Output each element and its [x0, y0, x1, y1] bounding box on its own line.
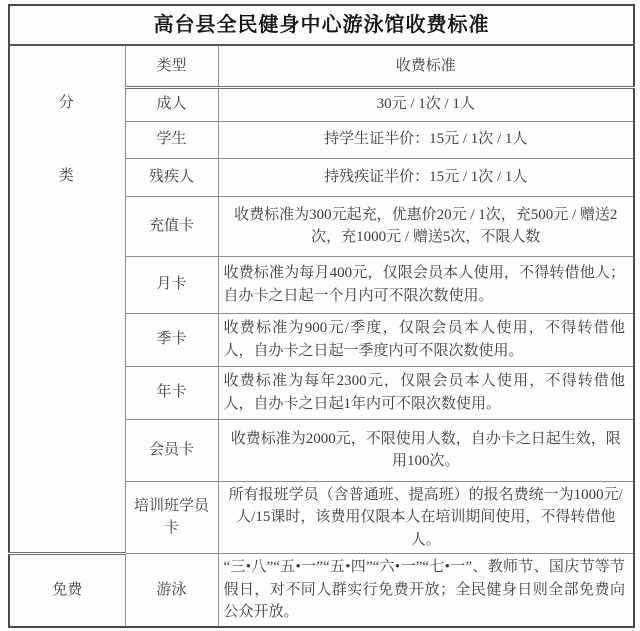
row-type: 残疾人: [125, 158, 218, 196]
row-fee: 收费标准为每年2300元，仅限会员本人使用，不得转借他人，自办卡之日起1年内可不…: [218, 366, 634, 419]
row-type: 会员卡: [125, 419, 218, 481]
category-char-1: 分: [59, 92, 76, 115]
title-row: 高台县全民健身中心游泳馆收费标准: [9, 5, 634, 45]
table-row-free-swim: 免费 游泳 “三•八”“五•一”“五•四”“六•一”“七•一”、教师节、国庆节等…: [9, 554, 634, 627]
page-title: 高台县全民健身中心游泳馆收费标准: [9, 5, 634, 45]
row-type: 成人: [125, 87, 218, 121]
row-type: 月卡: [125, 256, 218, 313]
fee-table: 高台县全民健身中心游泳馆收费标准 分 类 类型 收费标准 成人 30元 / 1次…: [8, 4, 635, 628]
row-type: 充值卡: [125, 196, 218, 256]
row-type: 季卡: [125, 313, 218, 366]
category-label: 分 类: [16, 48, 119, 187]
row-fee: 持残疾证半价：15元 / 1次 / 1人: [218, 158, 634, 196]
category-merged-cell: 分 类: [9, 45, 125, 554]
row-fee: 30元 / 1次 / 1人: [218, 87, 634, 121]
free-fee: “三•八”“五•一”“五•四”“六•一”“七•一”、教师节、国庆节等节假日，对不…: [218, 554, 634, 627]
row-type: 年卡: [125, 366, 218, 419]
free-category: 免费: [9, 554, 125, 627]
row-fee: 收费标准为2000元，不限使用人数，自办卡之日起生效，限用100次。: [218, 419, 634, 481]
header-type: 类型: [125, 45, 218, 87]
row-fee: 持学生证半价：15元 / 1次 / 1人: [218, 121, 634, 158]
free-type: 游泳: [125, 554, 218, 627]
row-type: 学生: [125, 121, 218, 158]
row-fee: 所有报班学员（含普通班、提高班）的报名费统一为1000元/人/15课时，该费用仅…: [218, 481, 634, 554]
row-fee: 收费标准为每月400元，仅限会员本人使用，不得转借他人；自办卡之日起一个月内可不…: [218, 256, 634, 313]
row-type: 培训班学员卡: [125, 481, 218, 554]
row-fee: 收费标准为300元起充，优惠价20元 / 1次，充500元 / 赠送2次，充10…: [218, 196, 634, 256]
category-char-2: 类: [59, 165, 76, 188]
row-fee: 收费标准为900元/季度，仅限会员本人使用，不得转借他人，自办卡之日起一季度内可…: [218, 313, 634, 366]
page: 高台县全民健身中心游泳馆收费标准 分 类 类型 收费标准 成人 30元 / 1次…: [0, 0, 640, 631]
header-row: 分 类 类型 收费标准: [9, 45, 634, 87]
header-fee: 收费标准: [218, 45, 634, 87]
